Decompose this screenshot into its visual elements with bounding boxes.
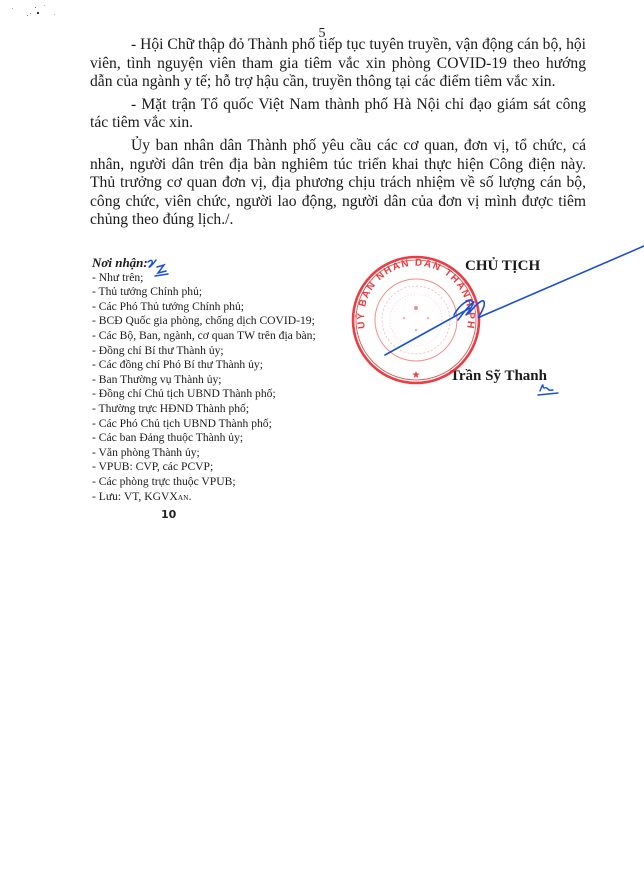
recipient-item: - Thủ tướng Chính phủ; [92,285,352,300]
recipients-list: Nơi nhận: - Như trên; - Thủ tướng Chính … [92,256,352,505]
svg-text:★: ★ [412,370,421,381]
paragraph-fatherland-front: - Mặt trận Tổ quốc Việt Nam thành phố Hà… [90,96,586,133]
paragraph-red-cross: - Hội Chữ thập đỏ Thành phố tiếp tục tuy… [90,36,586,92]
archive-suffix: AN [178,493,189,502]
recipient-item: - Các phòng trực thuộc VPUB; [92,475,352,490]
recipient-item: - Đồng chí Bí thư Thành ủy; [92,344,352,359]
recipient-item: - Các Bộ, Ban, ngành, cơ quan TW trên đị… [92,329,352,344]
recipient-item: - Các ban Đảng thuộc Thành ủy; [92,431,352,446]
body-text: - Hội Chữ thập đỏ Thành phố tiếp tục tuy… [90,36,586,234]
archive-prefix: - Lưu: VT, KGVX [92,490,178,503]
handwritten-count: 10 [161,508,176,521]
signer-name: Trần Sỹ Thanh [450,368,547,385]
recipients-title: Nơi nhận: [92,256,352,271]
recipient-item: - BCĐ Quốc gia phòng, chống dịch COVID-1… [92,314,352,329]
recipient-item: - VPUB: CVP, các PCVP; [92,460,352,475]
recipient-item: - Ban Thường vụ Thành ủy; [92,373,352,388]
recipient-item: - Văn phòng Thành ủy; [92,446,352,461]
recipient-item: - Như trên; [92,271,352,286]
recipient-item: - Thường trực HĐND Thành phố; [92,402,352,417]
paragraph-committee-request: Ủy ban nhân dân Thành phố yêu cầu các cơ… [90,137,586,230]
recipient-item: - Đồng chí Chủ tịch UBND Thành phố; [92,387,352,402]
recipient-archive: - Lưu: VT, KGVXAN. [92,490,352,506]
signer-title: CHỦ TỊCH [465,258,540,275]
recipient-item: - Các đồng chí Phó Bí thư Thành ủy; [92,358,352,373]
recipient-item: - Các Phó Chủ tịch UBND Thành phố; [92,417,352,432]
archive-end: . [189,490,192,503]
initials-mark [538,385,558,395]
recipient-item: - Các Phó Thủ tướng Chính phủ; [92,300,352,315]
